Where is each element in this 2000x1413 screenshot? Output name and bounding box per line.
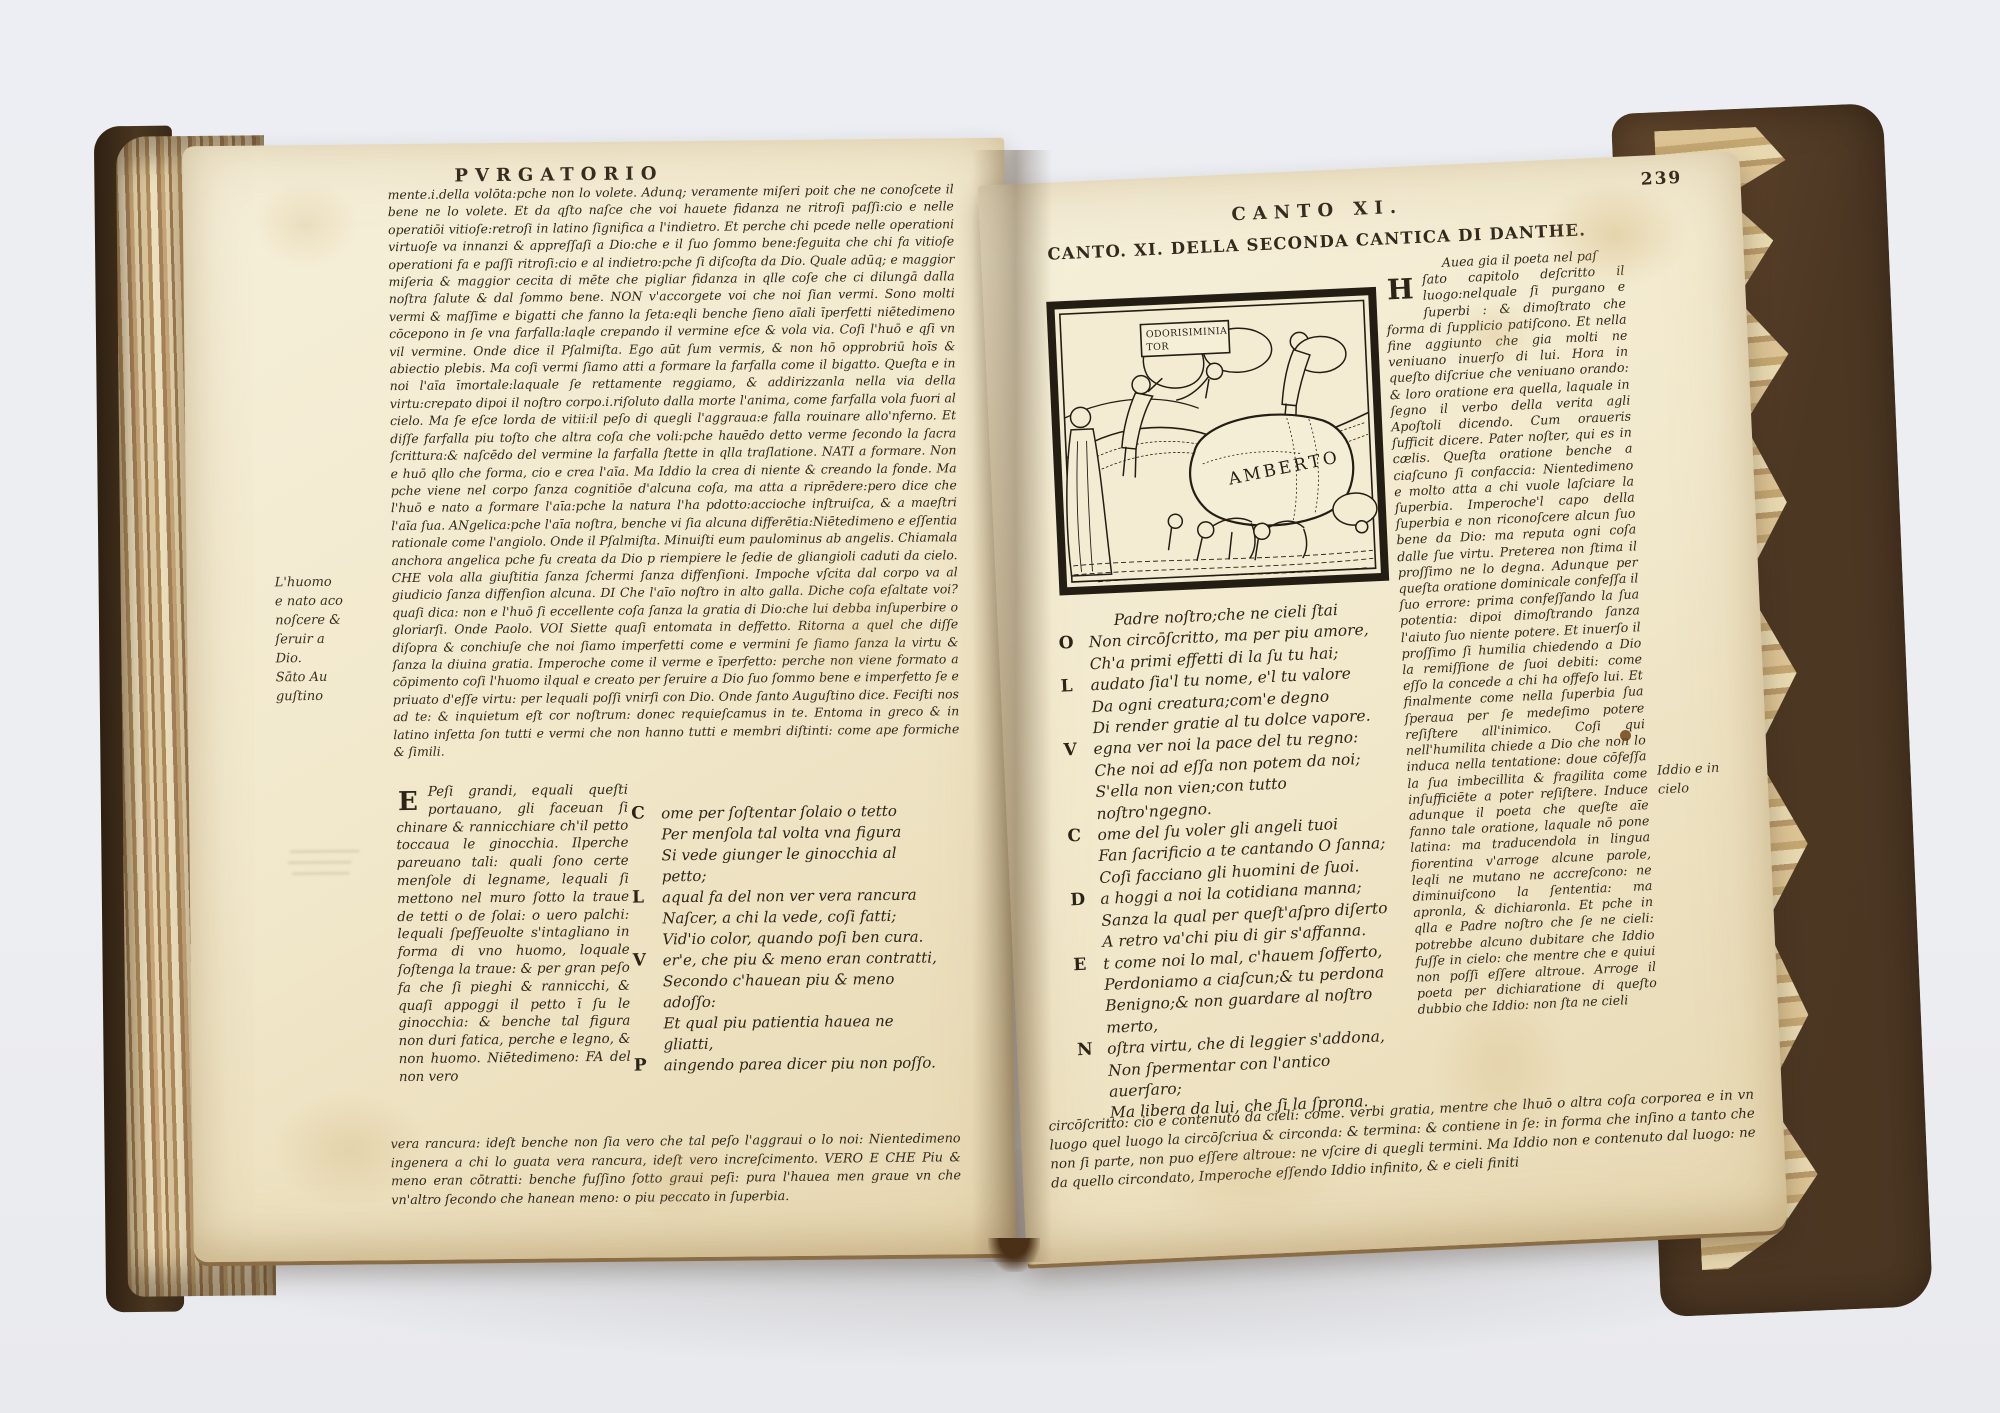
margin-note-line: Dio. xyxy=(275,648,377,668)
margin-note-line: noſcere & xyxy=(275,610,377,630)
showthrough-mark xyxy=(292,872,350,876)
photograph-of-antique-book: PVRGATORIO mente.i.della volōta:pche non… xyxy=(0,0,2000,1413)
margin-note-line: e nato aco xyxy=(275,591,377,611)
gutter-shadow xyxy=(972,150,1052,1262)
margin-note-line: L'huomo xyxy=(275,572,377,592)
verse-line: Si vede giunger le ginocchia al petto; xyxy=(628,842,944,887)
left-page: PVRGATORIO mente.i.della volōta:pche non… xyxy=(182,138,1016,1263)
margin-note-line: cielo xyxy=(1658,776,1763,800)
showthrough-mark xyxy=(290,850,360,854)
plaque-label-line2: TOR xyxy=(1146,341,1169,353)
showthrough-mark xyxy=(288,861,352,865)
running-head-right: CANTO XI. xyxy=(1231,197,1404,226)
left-commentary-bottom: vera rancura: ideſt benche non ſia vero … xyxy=(391,1130,962,1210)
left-margin-note: L'huomo e nato aco noſcere & ſeruir a Di… xyxy=(275,572,378,706)
left-verse-block: Come per ſoſtentar ſolaio o tetto Per me… xyxy=(627,800,946,1076)
margin-note-line: guſtino xyxy=(276,686,378,706)
verse-line: Et qual piu patientia hauea ne gliatti, xyxy=(629,1010,945,1055)
folio-number: 239 xyxy=(1640,168,1682,190)
binding-notch xyxy=(988,1238,1040,1272)
verse-initial: C xyxy=(631,804,645,825)
drop-cap-H: H xyxy=(1386,273,1414,306)
margin-note-line: ſeruir a xyxy=(275,629,377,649)
right-commentary-column: Auea gia il poeta nel paſ Hſato capitolo… xyxy=(1384,247,1658,1019)
right-margin-note: Iddio e in cielo xyxy=(1657,757,1763,800)
margin-note-line: Sāto Au xyxy=(276,667,378,687)
right-verse-block: Padre noſtro;che ne cieli ſtai ONon circ… xyxy=(1053,598,1406,1126)
drop-cap-E: E xyxy=(398,785,418,819)
verse-line: Paingendo parea dicer piu non poſſo. xyxy=(630,1052,946,1076)
woodcut-name-plaque: ODORISIMINIA TOR xyxy=(1140,321,1229,357)
woodcut-illustration: ODORISIMINIA TOR AMBERTO xyxy=(1045,286,1390,597)
right-page: 239 CANTO XI. CANTO. XI. DELLA SECONDA C… xyxy=(978,151,1788,1264)
verse-line: Secondo c'hauean piu & meno adoſſo: xyxy=(629,968,945,1013)
right-commentary-text: ſato capitolo deſcritto il luogo:nelqual… xyxy=(1387,263,1658,1017)
left-column-note-text: Peſi grandi, equali queſti portauano, gl… xyxy=(396,783,631,1085)
left-column-note: EPeſi grandi, equali queſti portauano, g… xyxy=(396,782,631,1087)
left-commentary-top: mente.i.della volōta:pche non lo volete.… xyxy=(388,180,960,760)
